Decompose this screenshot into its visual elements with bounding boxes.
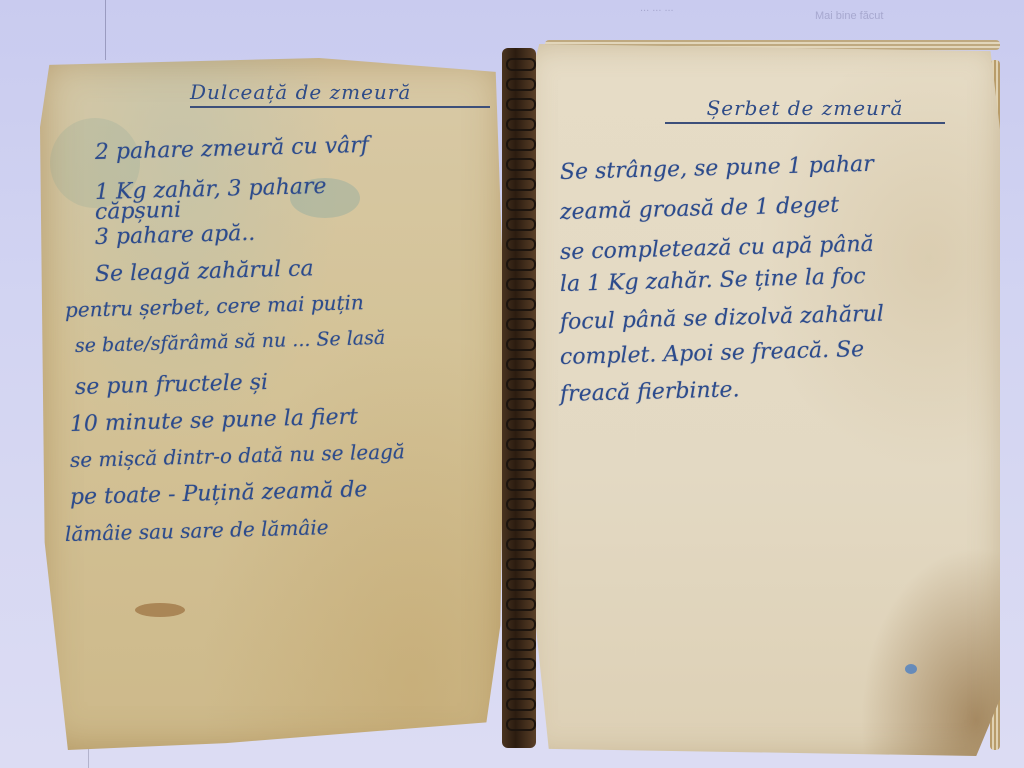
spiral-ring — [506, 218, 536, 231]
spiral-ring — [506, 518, 536, 531]
handwritten-line: căpșuni — [95, 198, 182, 225]
spiral-ring — [506, 138, 536, 151]
spiral-ring — [506, 498, 536, 511]
spiral-ring — [506, 238, 536, 251]
handwritten-line: freacă fierbinte. — [560, 377, 740, 407]
spiral-ring — [506, 458, 536, 471]
spiral-ring — [506, 538, 536, 551]
spiral-ring — [506, 338, 536, 351]
background-faint-text: Mai bine făcut — [815, 10, 883, 22]
spiral-ring — [506, 718, 536, 731]
spiral-ring — [506, 178, 536, 191]
spiral-ring — [506, 358, 536, 371]
handwritten-line: 3 pahare apă.. — [95, 221, 256, 250]
spiral-ring — [506, 298, 536, 311]
spiral-ring — [506, 398, 536, 411]
spiral-ring — [506, 638, 536, 651]
spiral-ring — [506, 78, 536, 91]
background-faint-text: ... ... ... — [640, 2, 674, 14]
spiral-ring — [506, 158, 536, 171]
left-page-heading: Dulceață de zmeură — [190, 80, 490, 108]
spiral-ring — [506, 258, 536, 271]
handwritten-line: se pun fructele și — [75, 370, 269, 400]
spiral-ring — [506, 478, 536, 491]
spiral-ring — [506, 578, 536, 591]
right-page-heading: Șerbet de zmeură — [665, 96, 945, 124]
spiral-ring — [506, 418, 536, 431]
spiral-ring — [506, 58, 536, 71]
spiral-ring — [506, 598, 536, 611]
spiral-ring — [506, 278, 536, 291]
spiral-ring — [506, 118, 536, 131]
stain — [135, 603, 185, 617]
spiral-ring — [506, 678, 536, 691]
spiral-ring — [506, 618, 536, 631]
spiral-ring — [506, 378, 536, 391]
ink-spot — [905, 664, 917, 674]
background-sheet-edge — [105, 0, 106, 60]
spiral-ring — [506, 98, 536, 111]
spiral-ring — [506, 658, 536, 671]
spiral-ring — [506, 438, 536, 451]
spiral-binding — [502, 48, 536, 748]
spiral-ring — [506, 698, 536, 711]
spiral-ring — [506, 318, 536, 331]
spiral-ring — [506, 558, 536, 571]
spiral-ring — [506, 198, 536, 211]
